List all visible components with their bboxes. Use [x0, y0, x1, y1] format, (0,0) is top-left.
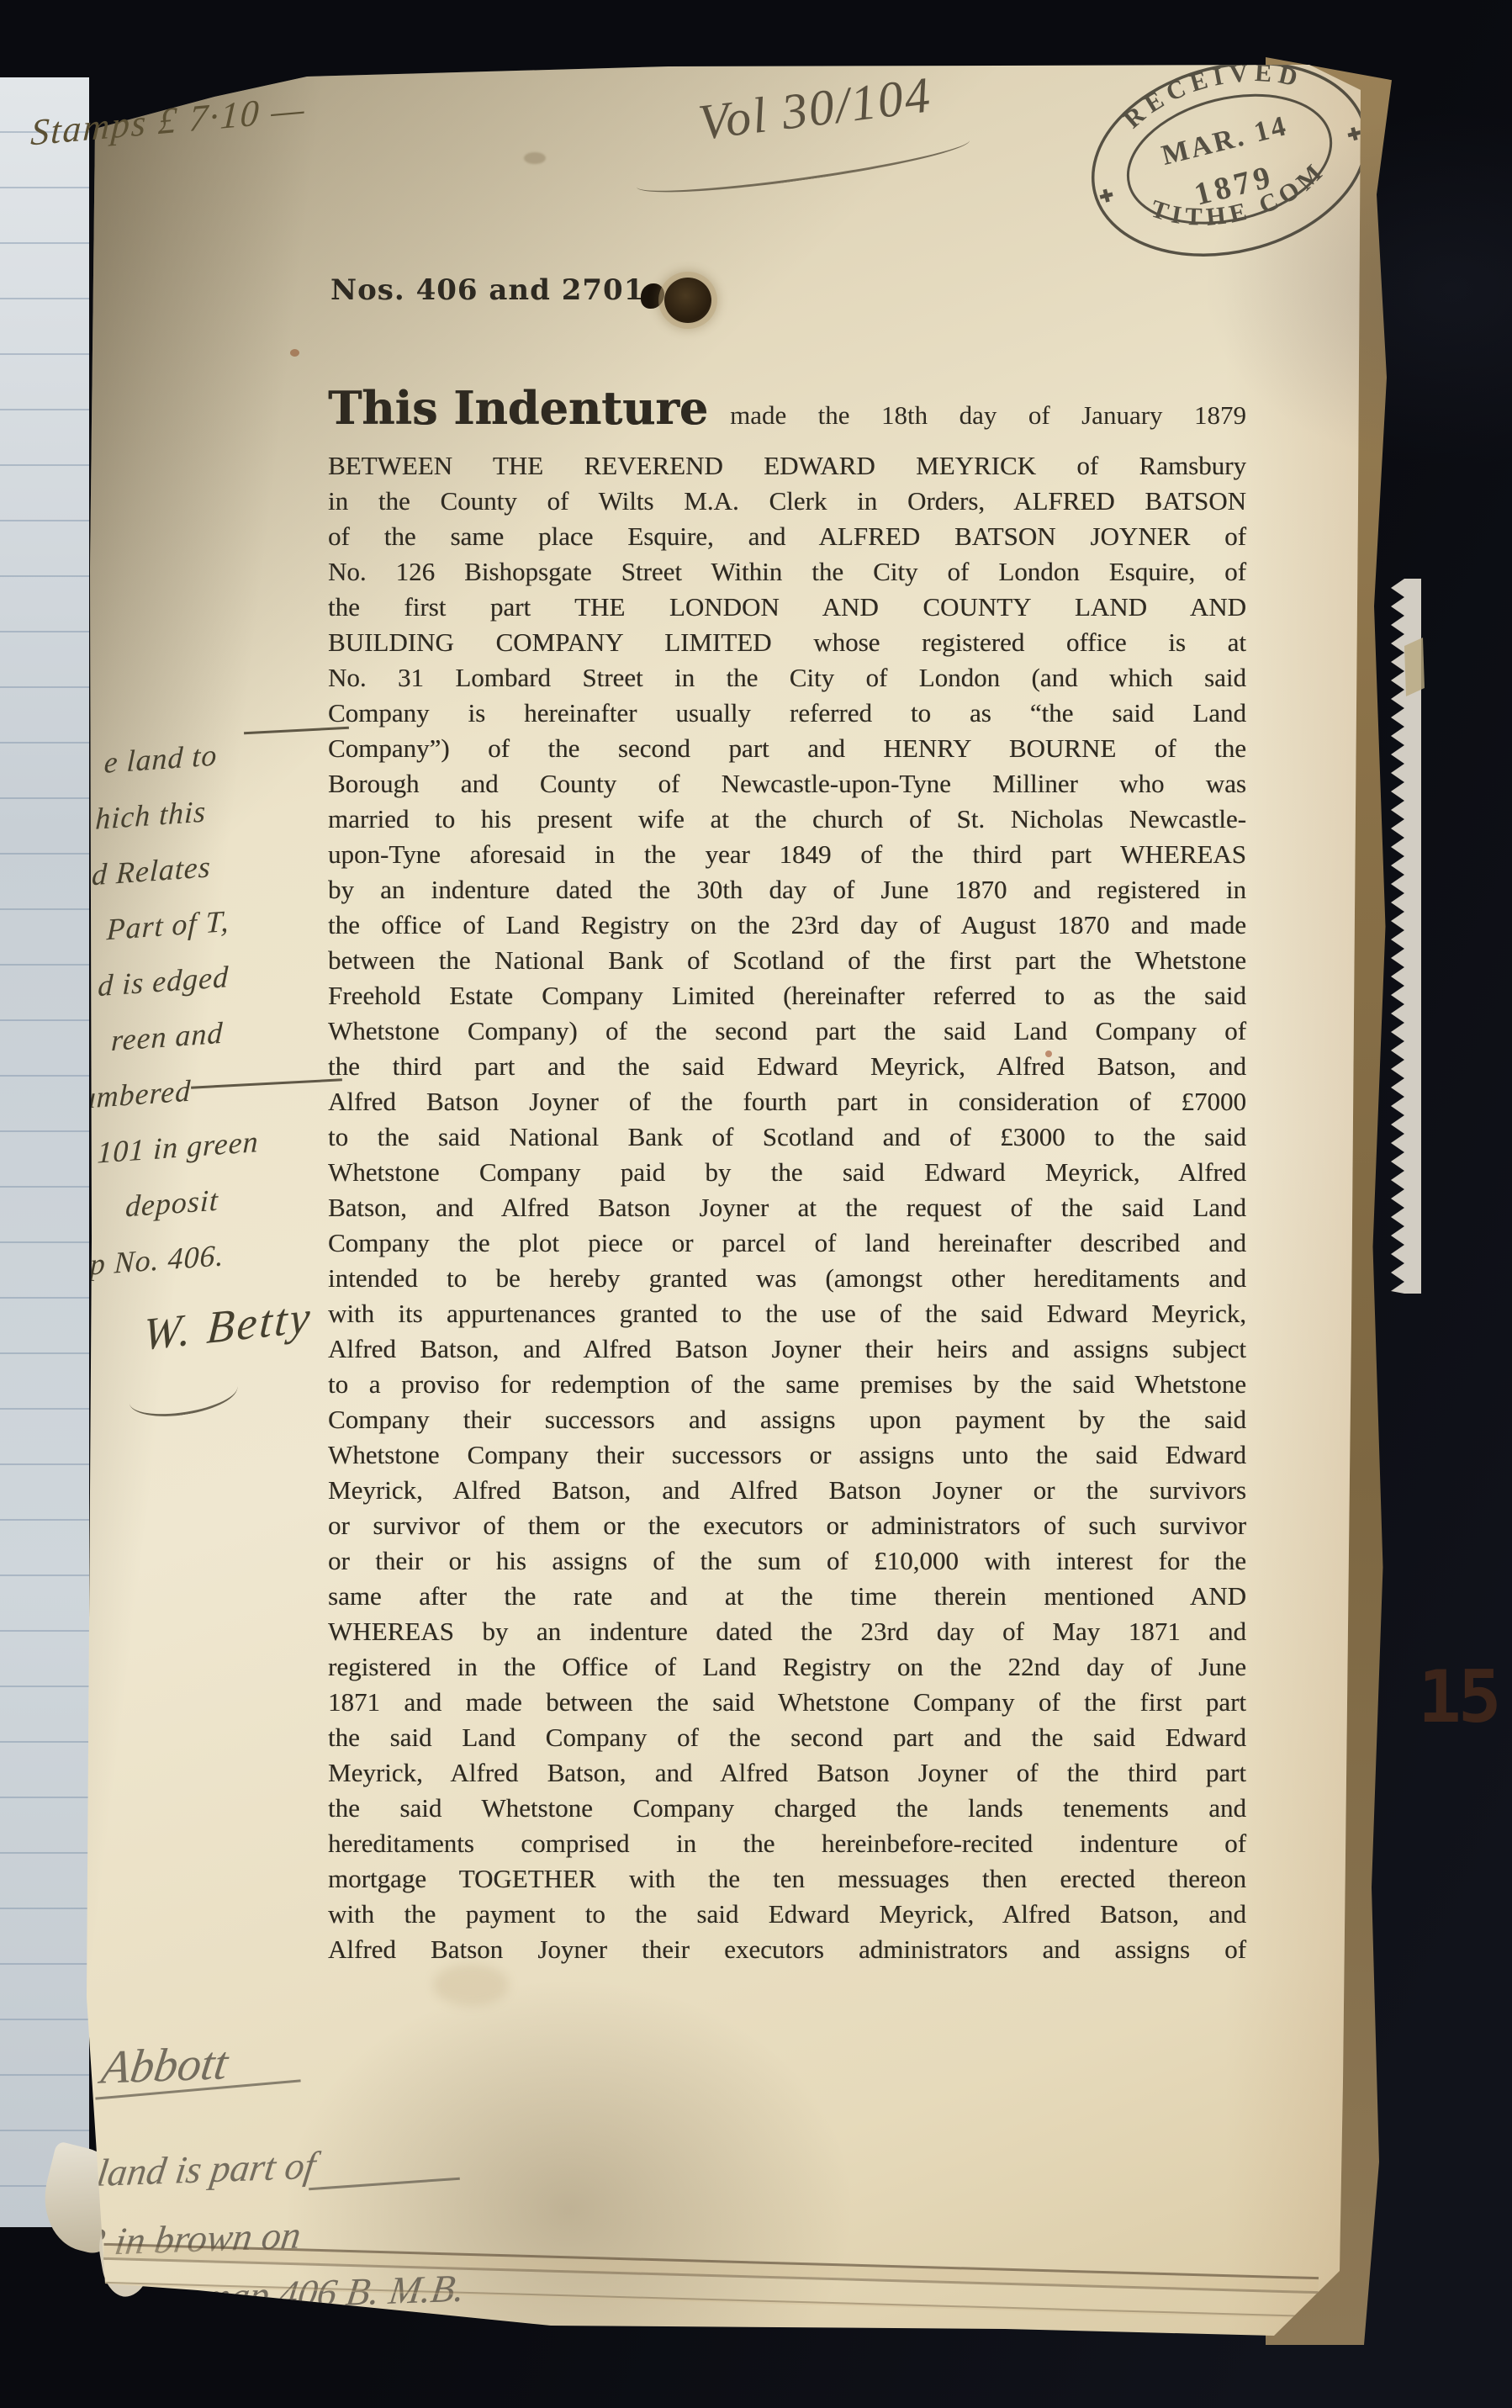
punched-hole [664, 278, 711, 323]
printed-line: or their or his assigns of the sum of £1… [328, 1543, 1246, 1579]
printed-line: Company the plot piece or parcel of land… [328, 1225, 1246, 1261]
printed-line: with the payment to the said Edward Meyr… [328, 1897, 1246, 1932]
printed-line: Alfred Batson Joyner of the fourth part … [328, 1084, 1246, 1119]
printed-line: hereditaments comprised in the hereinbef… [328, 1826, 1246, 1861]
printed-line: the third part and the said Edward Meyri… [328, 1049, 1246, 1084]
serrated-paper-strip [1379, 579, 1430, 1294]
paper-stain [433, 1964, 509, 2006]
printed-line: Batson, and Alfred Batson Joyner at the … [328, 1190, 1246, 1225]
printed-line: the said Land Company of the second part… [328, 1720, 1246, 1755]
printed-line: between the National Bank of Scotland of… [328, 943, 1246, 978]
printed-line: Freehold Estate Company Limited (hereina… [328, 978, 1246, 1013]
printed-line: Borough and County of Newcastle-upon-Tyn… [328, 766, 1246, 802]
printed-body-text: This Indenture made the 18th day of Janu… [328, 381, 1246, 1967]
printed-line: mortgage TOGETHER with the ten messuages… [328, 1861, 1246, 1897]
printed-line: Company their successors and assigns upo… [328, 1402, 1246, 1437]
printed-line: Company is hereinafter usually referred … [328, 696, 1246, 731]
document-page: Vol 30/104 RECEIVED TITHE COM MAR. 14 18… [80, 63, 1367, 2347]
underlying-lined-page [0, 77, 89, 2227]
printed-line: same after the rate and at the time ther… [328, 1579, 1246, 1614]
signature-flourish [126, 1367, 241, 1423]
printed-line: upon-Tyne aforesaid in the year 1849 of … [328, 837, 1246, 872]
printed-line: the first part THE LONDON AND COUNTY LAN… [328, 590, 1246, 625]
printed-line: Meyrick, Alfred Batson, and Alfred Batso… [328, 1473, 1246, 1508]
printed-line: BUILDING COMPANY LIMITED whose registere… [328, 625, 1246, 660]
cover-embossed-mark: 15 [1418, 1655, 1499, 1739]
printed-line: to the said National Bank of Scotland an… [328, 1119, 1246, 1155]
pencil-underline [457, 2331, 545, 2338]
printed-line: registered in the Office of Land Registr… [328, 1649, 1246, 1685]
document-reference-heading: Nos. 406 and 2701. [330, 273, 655, 307]
printed-line: Meyrick, Alfred Batson, and Alfred Batso… [328, 1755, 1246, 1791]
printed-line: BETWEEN THE REVEREND EDWARD MEYRICK of R… [328, 448, 1246, 484]
scanned-document-photo: Vol 30/104 RECEIVED TITHE COM MAR. 14 18… [0, 0, 1512, 2408]
opening-line: This Indenture made the 18th day of Janu… [328, 381, 1246, 448]
printed-line: Whetstone Company) of the second part th… [328, 1013, 1246, 1049]
printed-line: WHEREAS by an indenture dated the 23rd d… [328, 1614, 1246, 1649]
pencil-notes: Abbottland is part of3 in brown onmap 40… [74, 2013, 691, 2387]
printed-line: by an indenture dated the 30th day of Ju… [328, 872, 1246, 908]
rust-stain [290, 349, 299, 357]
printed-line: intended to be hereby granted was (among… [328, 1261, 1246, 1296]
printed-line: Company”) of the second part and HENRY B… [328, 731, 1246, 766]
ink-blot [641, 283, 664, 309]
printed-line: or survivor of them or the executors or … [328, 1508, 1246, 1543]
printed-line: to a proviso for redemption of the same … [328, 1367, 1246, 1402]
printed-lines: BETWEEN THE REVEREND EDWARD MEYRICK of R… [328, 448, 1246, 1967]
opening-line-rest: made the 18th day of January 1879 [730, 400, 1246, 431]
printed-line: the office of Land Registry on the 23rd … [328, 908, 1246, 943]
printed-line: 1871 and made between the said Whetstone… [328, 1685, 1246, 1720]
margin-signature: W. Betty [141, 1290, 314, 1361]
ink-smudge [524, 152, 546, 164]
printed-line: Alfred Batson, and Alfred Batson Joyner … [328, 1331, 1246, 1367]
printed-line: the said Whetstone Company charged the l… [328, 1791, 1246, 1826]
margin-note-line: p No. 406. [89, 1225, 272, 1294]
printed-line: Whetstone Company paid by the said Edwar… [328, 1155, 1246, 1190]
stamp-date-text: MAR. 14 [1159, 110, 1292, 172]
printed-line: Alfred Batson Joyner their executors adm… [328, 1932, 1246, 1967]
received-date-stamp: RECEIVED TITHE COM MAR. 14 1879 ✚ ✚ [1061, 20, 1400, 298]
printed-line: Whetstone Company their successors or as… [328, 1437, 1246, 1473]
printed-line: married to his present wife at the churc… [328, 802, 1246, 837]
printed-line: in the County of Wilts M.A. Clerk in Ord… [328, 484, 1246, 519]
margin-ink-notes: e land tohich thisd RelatesPart of T,d i… [77, 723, 290, 1294]
pencil-note-line: Abbott [98, 2036, 231, 2095]
printed-line: No. 31 Lombard Street in the City of Lon… [328, 660, 1246, 696]
printed-line: No. 126 Bishopsgate Street Within the Ci… [328, 554, 1246, 590]
printed-line: of the same place Esquire, and ALFRED BA… [328, 519, 1246, 554]
margin-note-line: deposit [124, 1170, 274, 1236]
pencil-note-line: land is part of [94, 2143, 319, 2195]
printed-line: with its appurtenances granted to the us… [328, 1296, 1246, 1331]
indenture-title: This Indenture [328, 381, 708, 435]
